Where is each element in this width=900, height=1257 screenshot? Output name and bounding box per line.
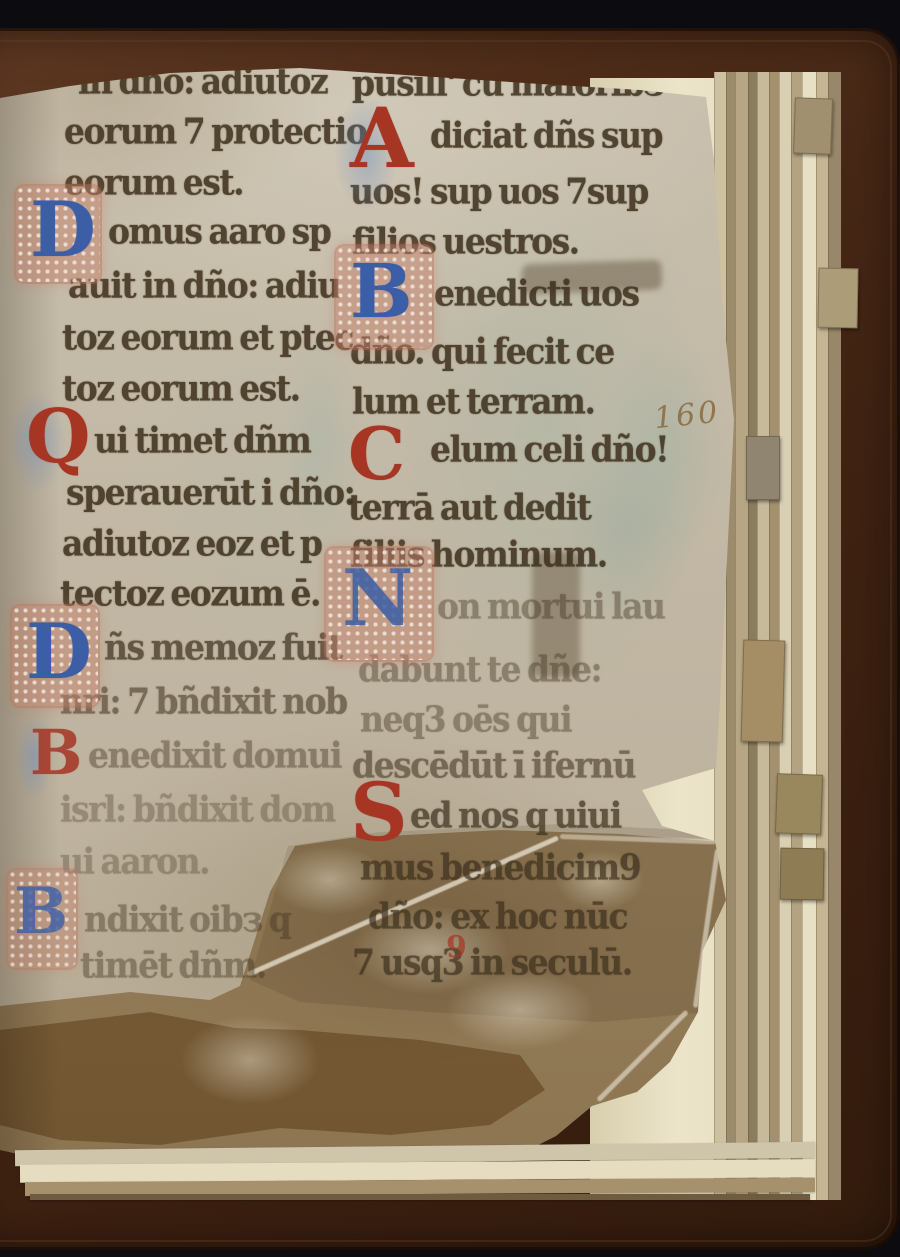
illuminated-initial-benedixit-1: B — [30, 722, 82, 784]
text-line: omus aaro sp — [108, 210, 330, 253]
fore-edge-tab — [741, 639, 786, 742]
illuminated-initial-benedicti: B — [350, 255, 413, 329]
text-line: on mortui lau — [437, 585, 664, 628]
text-line: dño: ex hoc nūc — [368, 895, 627, 938]
illuminated-initial-qui: Q — [26, 400, 90, 474]
illuminated-initial-domus: D — [30, 192, 96, 268]
text-line: auit in dño: adiu — [68, 264, 340, 307]
text-line: timēt dñm. — [80, 944, 266, 987]
fore-edge-tab — [793, 97, 833, 154]
text-line: isrl: bñdixit dom — [60, 788, 335, 831]
illuminated-initial-sed: S — [350, 772, 408, 852]
text-line: nri: 7 bñdixit nob — [60, 680, 347, 723]
fore-edge-tab — [817, 268, 858, 329]
illuminated-initial-dominus: D — [26, 614, 92, 690]
text-line: neq3 oēs qui — [360, 698, 571, 741]
abrasion-patch — [180, 1015, 320, 1105]
text-line: 7 usq3 in seculū. — [352, 941, 632, 984]
manuscript-photograph: in dño: adiutoz eorum 7 protectio eorum … — [0, 0, 900, 1257]
text-line: eorum 7 protectio — [64, 110, 366, 153]
text-line: ndixit oibз q — [84, 898, 290, 941]
red-marginal-mark: 9 — [446, 930, 467, 965]
text-line: elum celi dño! — [430, 428, 668, 471]
fore-edge-tab — [775, 773, 823, 835]
left-text-column: in dño: adiutoz eorum 7 protectio eorum … — [58, 0, 350, 1010]
text-line: ui aaron. — [60, 840, 209, 883]
text-line: tectoz eozum ē. — [60, 572, 320, 615]
illuminated-initial-adiciat: A — [350, 98, 414, 180]
text-line: toz eorum est. — [62, 367, 300, 410]
text-line: enedixit domui — [88, 734, 341, 777]
illuminated-initial-celum: C — [348, 418, 405, 490]
illuminated-initial-benedixit-2: B — [14, 880, 68, 944]
text-line: ñs memoz fuit — [104, 626, 342, 669]
text-line: adiutoz eoz et p — [62, 522, 322, 565]
page-edge-strip — [735, 72, 749, 1200]
fore-edge-tab — [780, 848, 825, 901]
text-line: diciat dñs sup — [430, 114, 662, 157]
bottom-page-edge — [30, 1194, 810, 1200]
illuminated-initial-non: N — [342, 560, 413, 638]
parchment-leaf: in dño: adiutoz eorum 7 protectio eorum … — [0, 0, 740, 1180]
page-edge-strip — [828, 72, 841, 1200]
page-edge-strip — [802, 72, 817, 1200]
text-line: ed nos q uiui — [410, 794, 621, 837]
text-line: enedicti uos — [434, 272, 639, 315]
fore-edge-tab — [746, 436, 780, 500]
text-line: toz eorum et ptec — [62, 316, 353, 359]
text-line: ui timet dñm — [94, 419, 310, 462]
folio-number: 160 — [652, 395, 722, 437]
text-line: sperauerūt i dño: — [66, 471, 354, 514]
